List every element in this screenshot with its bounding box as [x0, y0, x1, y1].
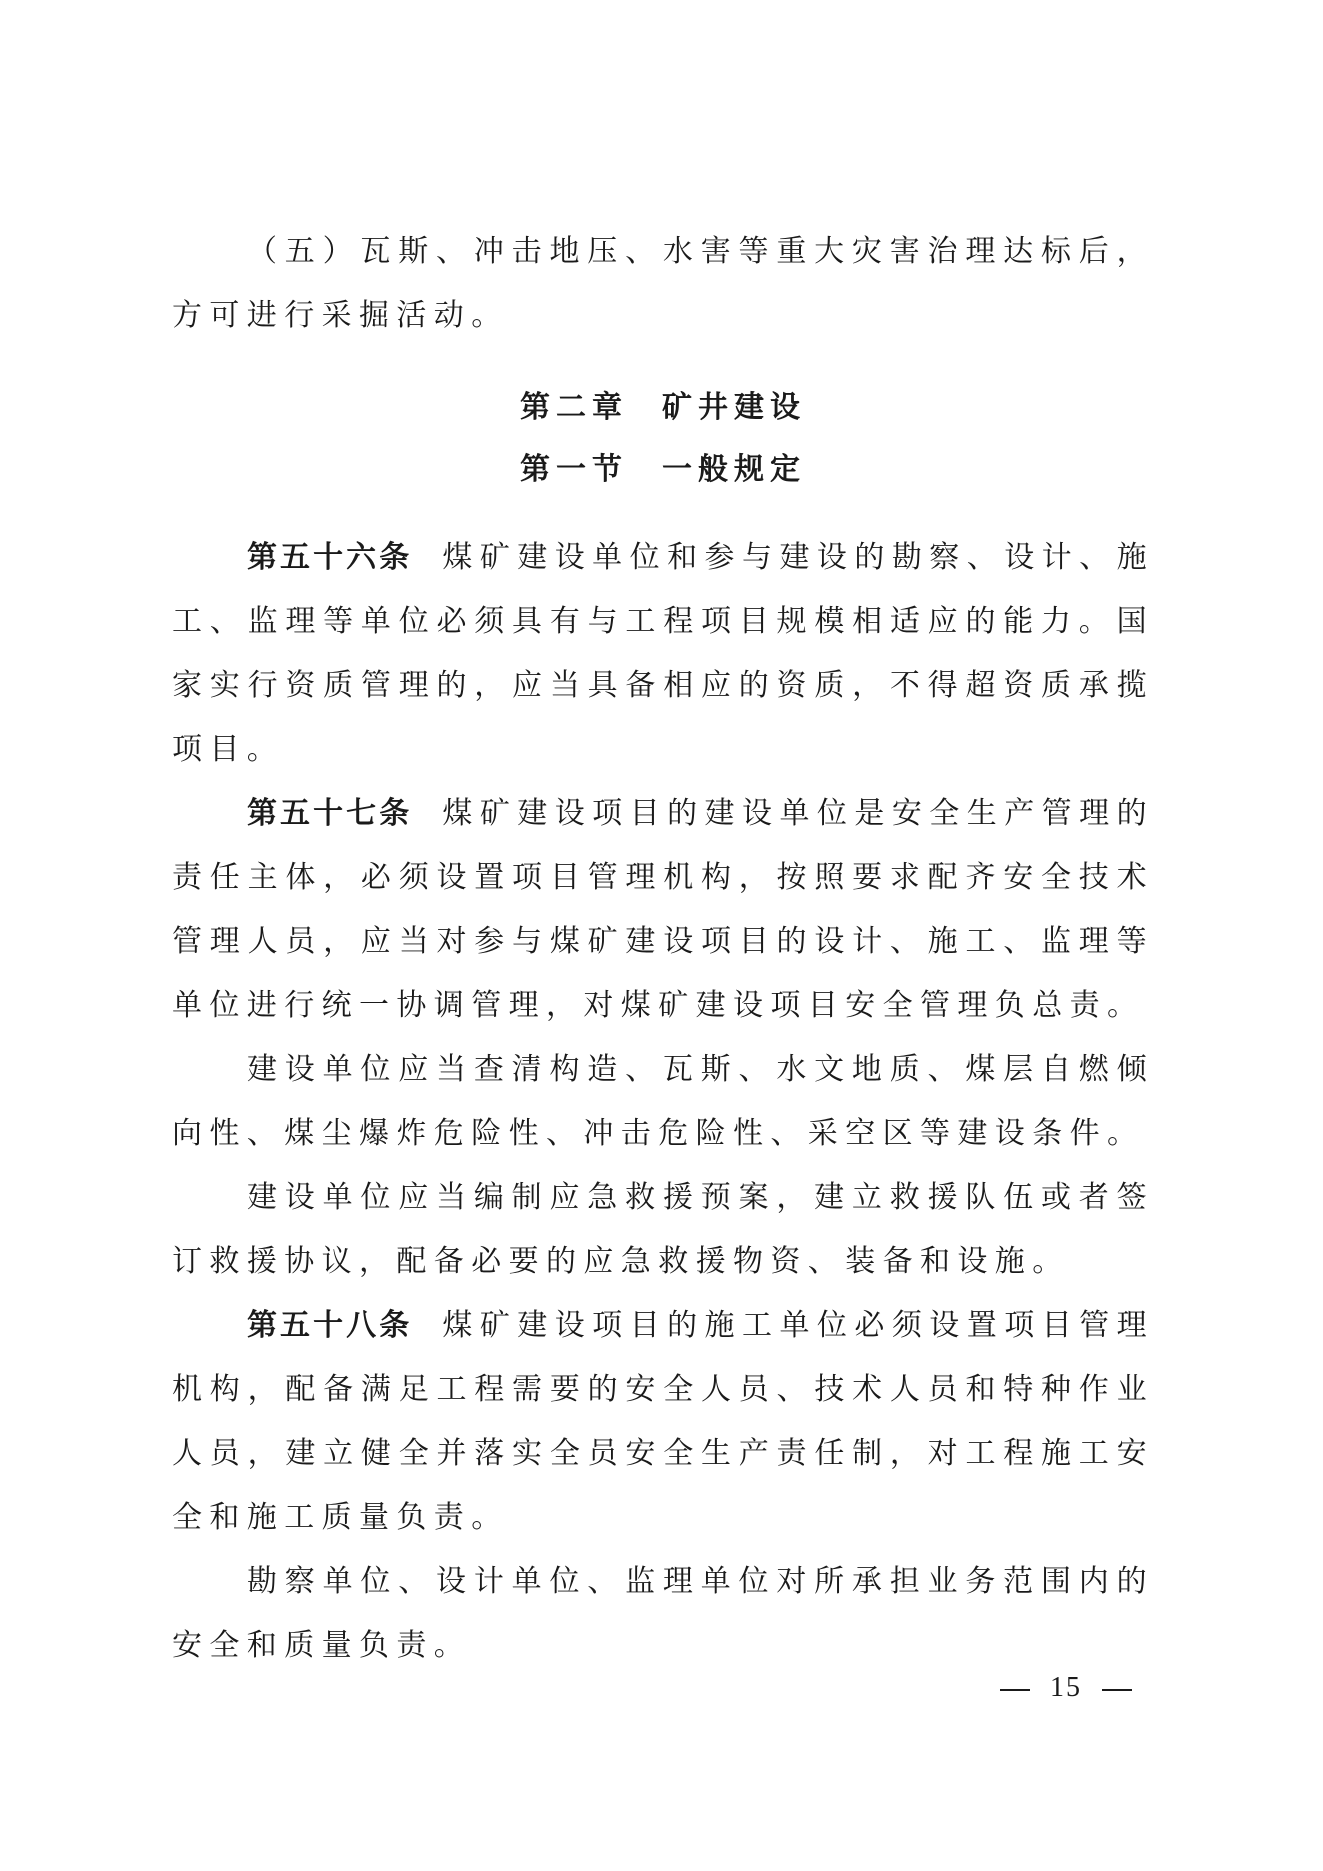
article-57-paragraph-2: 建设单位应当查清构造、瓦斯、水文地质、煤层自燃倾向性、煤尘爆炸危险性、冲击危险性…	[172, 1038, 1154, 1166]
page-number: 15	[1050, 1672, 1082, 1703]
page-number-dash-left	[1000, 1689, 1030, 1691]
page-number-footer: 15	[980, 1672, 1152, 1704]
chapter-heading: 第二章矿井建设	[172, 378, 1154, 438]
article-58-paragraph-1: 第五十八条煤矿建设项目的施工单位必须设置项目管理机构，配备满足工程需要的安全人员…	[172, 1294, 1154, 1550]
article-58-paragraph-2: 勘察单位、设计单位、监理单位对所承担业务范围内的安全和质量负责。	[172, 1550, 1154, 1678]
page-number-dash-right	[1102, 1689, 1132, 1691]
chapter-number: 第二章	[520, 390, 628, 425]
article-56-label: 第五十六条	[247, 540, 412, 575]
article-57-paragraph-3: 建设单位应当编制应急救援预案，建立救援队伍或者签订救援协议，配备必要的应急救援物…	[172, 1166, 1154, 1294]
document-page: （五）瓦斯、冲击地压、水害等重大灾害治理达标后，方可进行采掘活动。 第二章矿井建…	[172, 220, 1154, 1678]
section-heading: 第一节一般规定	[172, 440, 1154, 500]
article-56-paragraph-1: 第五十六条煤矿建设单位和参与建设的勘察、设计、施工、监理等单位必须具有与工程项目…	[172, 526, 1154, 782]
article-58-label: 第五十八条	[247, 1308, 412, 1343]
chapter-title: 矿井建设	[662, 390, 806, 425]
article-57-label: 第五十七条	[247, 796, 412, 831]
intro-paragraph: （五）瓦斯、冲击地压、水害等重大灾害治理达标后，方可进行采掘活动。	[172, 220, 1154, 348]
section-title: 一般规定	[662, 452, 806, 487]
article-57-paragraph-1: 第五十七条煤矿建设项目的建设单位是安全生产管理的责任主体，必须设置项目管理机构，…	[172, 782, 1154, 1038]
section-number: 第一节	[520, 452, 628, 487]
